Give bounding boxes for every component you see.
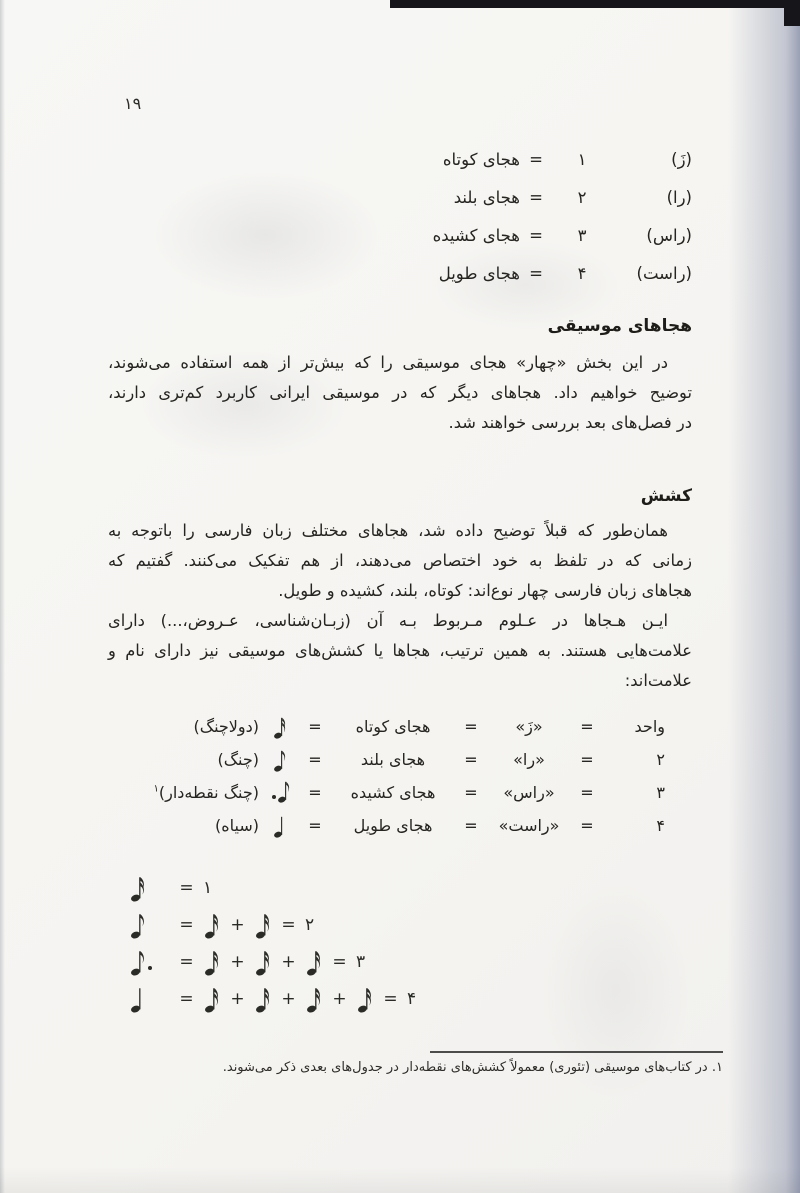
table-row: (راست) ۴ = هجای طویل	[340, 254, 692, 292]
scan-corner-black-bar	[784, 0, 800, 26]
plus-sign: +	[224, 989, 251, 1009]
quarter-note-icon	[131, 985, 146, 1013]
paragraph-duration-2: ایـن هـجاها در عـلوم مـربوط بـه آن (زبـا…	[108, 606, 692, 696]
scan-bottom-shadow	[0, 1167, 800, 1193]
syllable-term: «زَ»	[485, 710, 573, 743]
sixteenth-note-icon	[256, 911, 271, 939]
paragraph-duration-1: همان‌طور که قبلاً توضیح داده شد، هجاهای …	[108, 516, 692, 606]
scan-top-black-bar	[390, 0, 800, 8]
duration-note-table: واحد = «زَ» = هجای کوتاه = (دولاچنگ) ۲ =…	[91, 710, 665, 842]
plus-sign: +	[224, 952, 251, 972]
equals-sign: =	[573, 776, 601, 809]
equation-row: = + + + = ۴	[131, 980, 416, 1017]
paragraph-line: همان‌طور که قبلاً توضیح داده شد، هجاهای …	[108, 516, 692, 546]
eighth-note-icon	[131, 948, 146, 976]
equals-sign: =	[301, 743, 329, 776]
duration-value: واحد	[601, 710, 665, 743]
note-name: (چنگ)	[91, 743, 259, 776]
equals-sign: =	[173, 989, 200, 1009]
sixteenth-note-icon	[256, 948, 271, 976]
syllable-term: «را»	[485, 743, 573, 776]
equals-sign: =	[457, 776, 485, 809]
section-heading-duration: کشش	[641, 486, 692, 506]
footnote: ۱. در کتاب‌های موسیقی (تئوری) معمولاً کش…	[123, 1060, 723, 1075]
equation-row: = + = ۲	[131, 906, 416, 943]
sixteenth-note-icon	[307, 985, 322, 1013]
equation-result: ۳	[356, 952, 365, 972]
paragraph-musical-syllables: در این بخش «چهار» هجای موسیقی را که بیش‌…	[108, 348, 692, 438]
table-row: واحد = «زَ» = هجای کوتاه = (دولاچنگ)	[91, 710, 665, 743]
paragraph-line: علامت‌اند:	[108, 666, 692, 696]
equals-sign: =	[301, 809, 329, 842]
equals-sign: =	[457, 710, 485, 743]
footnote-text: در کتاب‌های موسیقی (تئوری) معمولاً کشش‌ه…	[223, 1060, 708, 1075]
augmentation-dot-icon	[148, 966, 152, 970]
note-name-text: (چنگ)	[217, 750, 259, 769]
sixteenth-note-icon	[205, 948, 220, 976]
equation-row: = + + = ۳	[131, 943, 416, 980]
equals-sign: =	[457, 743, 485, 776]
equals-sign: =	[520, 140, 552, 178]
scan-left-edge	[0, 0, 5, 1193]
syllable-name: هجای طویل	[340, 254, 520, 292]
syllable-type: هجای کشیده	[329, 776, 457, 809]
sixteenth-note-icon	[131, 874, 146, 902]
equals-sign: =	[301, 776, 329, 809]
paragraph-line: زمانی که در تلفظ به خود اختصاص می‌دهند، …	[108, 546, 692, 576]
table-row: ۴ = «راست» = هجای طویل = (سیاه)	[91, 809, 665, 842]
sixteenth-note-icon	[205, 911, 220, 939]
syllable-term: (زَ)	[612, 140, 692, 178]
paragraph-line: ایـن هـجاها در عـلوم مـربوط بـه آن (زبـا…	[108, 606, 692, 636]
syllable-count: ۲	[552, 178, 612, 216]
duration-value: ۴	[601, 809, 665, 842]
dotted-eighth-note-icon	[270, 779, 291, 803]
equals-sign: =	[326, 952, 353, 972]
scanned-book-page: ۱۹ (زَ) ۱ = هجای کوتاه (را) ۲ = هجای بلن…	[0, 0, 800, 1193]
equals-sign: =	[173, 878, 200, 898]
equals-sign: =	[173, 915, 200, 935]
note-name: (دولاچنگ)	[91, 710, 259, 743]
footnote-separator	[430, 1051, 723, 1053]
equation-row: = ۱	[131, 869, 416, 906]
syllable-type: هجای بلند	[329, 743, 457, 776]
eighth-note-icon	[274, 748, 287, 772]
equals-sign: =	[275, 915, 302, 935]
augmentation-dot-icon	[272, 795, 276, 799]
section-heading-musical-syllables: هجاهای موسیقی	[548, 316, 692, 336]
sixteenth-note-icon	[274, 715, 287, 739]
syllable-term: (راست)	[612, 254, 692, 292]
paragraph-line: در فصل‌های بعد بررسی خواهند شد.	[108, 408, 692, 438]
syllable-term: (راس)	[612, 216, 692, 254]
scan-right-shadow	[728, 0, 800, 1193]
syllable-count: ۳	[552, 216, 612, 254]
equals-sign: =	[457, 809, 485, 842]
note-name-text: (سیاه)	[215, 816, 259, 835]
equals-sign: =	[573, 710, 601, 743]
syllable-name: هجای بلند	[340, 178, 520, 216]
syllable-name: هجای کشیده	[340, 216, 520, 254]
equals-sign: =	[573, 743, 601, 776]
sixteenth-note-icon	[358, 985, 373, 1013]
paragraph-line: علامت‌هایی هستند. به همین ترتیب، هجاها ی…	[108, 636, 692, 666]
syllable-type: هجای کوتاه	[329, 710, 457, 743]
note-name-text: (چنگ نقطه‌دار)	[159, 783, 259, 802]
quarter-note-icon	[274, 814, 287, 838]
syllable-term: «راست»	[485, 809, 573, 842]
note-value-equations: = ۱ = + = ۲ = + + = ۳ =	[131, 869, 416, 1017]
equals-sign: =	[377, 989, 404, 1009]
plus-sign: +	[224, 915, 251, 935]
sixteenth-note-icon	[205, 985, 220, 1013]
page-number: ۱۹	[124, 94, 141, 113]
syllable-term: (را)	[612, 178, 692, 216]
plus-sign: +	[275, 989, 302, 1009]
equals-sign: =	[520, 216, 552, 254]
paragraph-line: در این بخش «چهار» هجای موسیقی را که بیش‌…	[108, 348, 692, 378]
equals-sign: =	[520, 254, 552, 292]
footnote-marker: ۱.	[712, 1060, 723, 1075]
equation-result: ۲	[305, 915, 314, 935]
table-row: (راس) ۳ = هجای کشیده	[340, 216, 692, 254]
equals-sign: =	[173, 952, 200, 972]
syllable-count: ۴	[552, 254, 612, 292]
paragraph-line: هجاهای زبان فارسی چهار نوع‌اند: کوتاه، ب…	[108, 576, 692, 606]
equals-sign: =	[301, 710, 329, 743]
sixteenth-note-icon	[307, 948, 322, 976]
note-name-text: (دولاچنگ)	[194, 717, 260, 736]
duration-value: ۲	[601, 743, 665, 776]
equals-sign: =	[573, 809, 601, 842]
table-row: ۳ = «راس» = هجای کشیده = (چنگ نقطه‌دار)۱	[91, 776, 665, 809]
sixteenth-note-icon	[256, 985, 271, 1013]
eighth-note-icon	[131, 911, 146, 939]
paragraph-line: توضیح خواهیم داد. هجاهای دیگر که در موسی…	[108, 378, 692, 408]
plus-sign: +	[275, 952, 302, 972]
equals-sign: =	[520, 178, 552, 216]
plus-sign: +	[326, 989, 353, 1009]
eighth-note-icon	[278, 779, 291, 803]
syllable-type: هجای طویل	[329, 809, 457, 842]
syllable-abbreviation-list: (زَ) ۱ = هجای کوتاه (را) ۲ = هجای بلند (…	[340, 140, 692, 292]
note-name: (سیاه)	[91, 809, 259, 842]
equation-result: ۴	[407, 989, 416, 1009]
duration-value: ۳	[601, 776, 665, 809]
note-name: (چنگ نقطه‌دار)۱	[91, 776, 259, 809]
table-row: (زَ) ۱ = هجای کوتاه	[340, 140, 692, 178]
syllable-name: هجای کوتاه	[340, 140, 520, 178]
equation-result: ۱	[203, 878, 212, 898]
table-row: (را) ۲ = هجای بلند	[340, 178, 692, 216]
table-row: ۲ = «را» = هجای بلند = (چنگ)	[91, 743, 665, 776]
syllable-term: «راس»	[485, 776, 573, 809]
syllable-count: ۱	[552, 140, 612, 178]
